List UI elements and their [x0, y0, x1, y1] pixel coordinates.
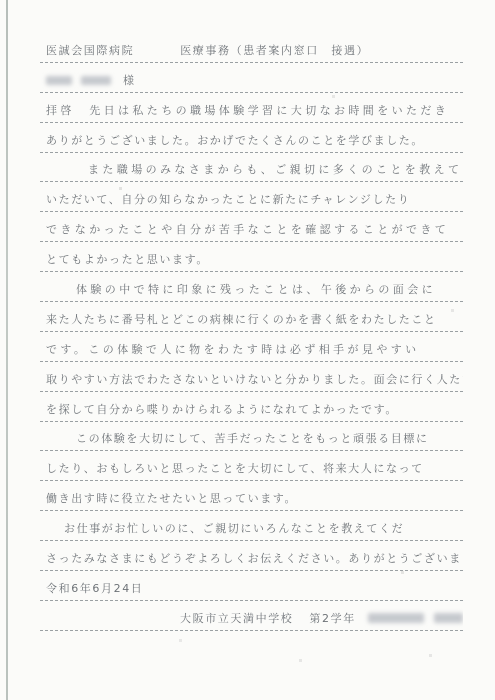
body-line: 働き出す時に役立たせたいと思っています。: [40, 481, 463, 511]
grade-label: 第2学年: [309, 610, 355, 626]
department-label: 医療事務（患者案内窓口 接遇）: [180, 42, 369, 58]
body-line: できなかったことや自分が苦手なことを確認することができて: [40, 212, 463, 242]
redacted-name-block: [46, 76, 72, 85]
redacted-name-block: [81, 76, 111, 85]
redacted-signature-block: [368, 613, 424, 623]
body-line: お仕事がお忙しいのに、ご親切にいろんなことを教えてくだ: [40, 511, 463, 541]
letter-sheet: 医誠会国際病院 医療事務（患者案内窓口 接遇） 様 拝啓 先日は私たちの職場体験…: [40, 33, 463, 631]
scan-noise: [0, 0, 1, 1]
body-line: 取りやすい方法でわたさないといけないと分かりました。面会に行く人たち: [40, 362, 463, 392]
body-line: です。この体験で人に物をわたす時は必ず相手が見やすい: [40, 332, 463, 362]
body-line: を探して自分から喋りかけられるようになれてよかったです。: [40, 392, 463, 422]
body-line: したり、おもしろいと思ったことを大切にして、将来大人になって: [40, 451, 463, 481]
body-line: また職場のみなさまからも、ご親切に多くのことを教えて: [40, 153, 463, 183]
scanned-letter-page: 医誠会国際病院 医療事務（患者案内窓口 接遇） 様 拝啓 先日は私たちの職場体験…: [0, 0, 495, 700]
body-line: 拝啓 先日は私たちの職場体験学習に大切なお時間をいただき: [40, 93, 463, 123]
header-row: 医誠会国際病院 医療事務（患者案内窓口 接遇）: [40, 33, 463, 63]
body-line: この体験を大切にして、苦手だったことをもっと頑張る目標に: [40, 422, 463, 452]
body-line: ありがとうございました。おかげでたくさんのことを学びました。: [40, 123, 463, 153]
body-line: 来た人たちに番号札とどこの病棟に行くのかを書く紙をわたしたこと: [40, 302, 463, 332]
recipient-row: 様: [40, 63, 463, 93]
body-line: 体験の中で特に印象に残ったことは、午後からの面会に: [40, 272, 463, 302]
body-line: とてもよかったと思います。: [40, 242, 463, 272]
school-name: 大阪市立天満中学校: [180, 610, 293, 626]
scanner-edge-line: [6, 0, 8, 700]
hospital-name: 医誠会国際病院: [46, 42, 134, 58]
body-line: さったみなさまにもどうぞよろしくお伝えください。ありがとうございました。 敬具: [40, 541, 463, 571]
body-line: いただいて、自分の知らなかったことに新たにチャレンジしたり: [40, 182, 463, 212]
recipient-honorific: 様: [123, 72, 136, 88]
redacted-signature-block: [434, 613, 463, 623]
date-line: 令和6年6月24日: [40, 571, 463, 601]
signature-row: 大阪市立天満中学校 第2学年: [40, 601, 463, 631]
